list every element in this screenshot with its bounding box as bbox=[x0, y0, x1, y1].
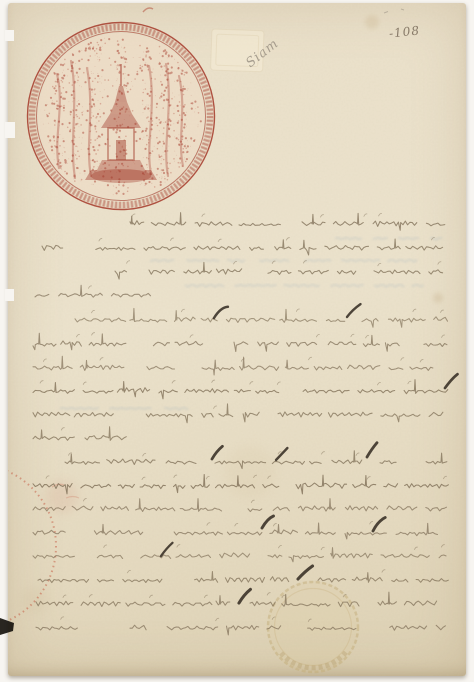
scanned-document: Siam -108 bbox=[0, 0, 474, 682]
document-artwork bbox=[0, 0, 474, 682]
embossed-stamp-top bbox=[211, 29, 264, 72]
